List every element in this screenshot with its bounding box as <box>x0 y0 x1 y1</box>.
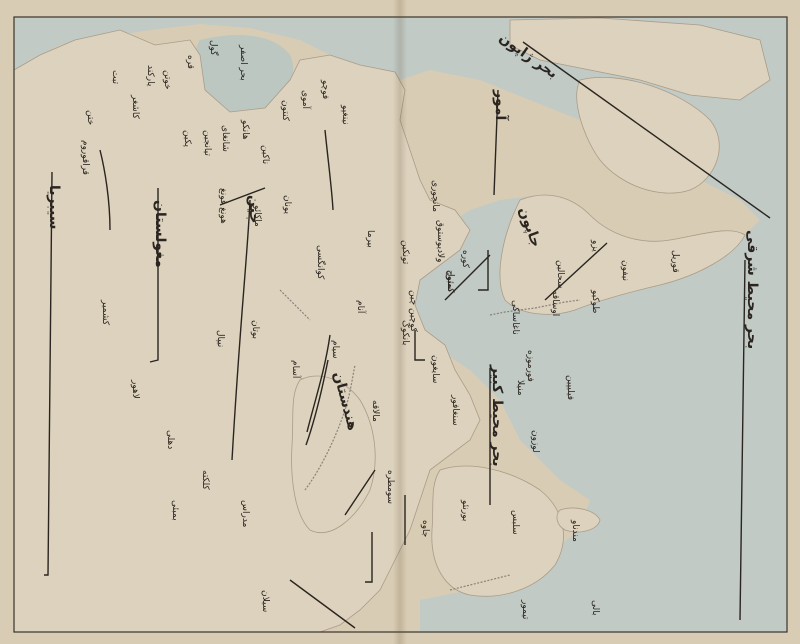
place-label: خوتن <box>162 70 172 90</box>
place-label: بحر اصفر <box>238 45 248 81</box>
place-label: نیفون <box>620 260 630 281</box>
land-philippines <box>432 466 564 596</box>
place-label: سلبس <box>510 510 520 535</box>
label-region-west-1: سیبریا <box>46 185 62 229</box>
place-label: ناغاساکی <box>510 300 520 335</box>
place-label: منیلا <box>515 380 525 396</box>
place-label: سومطره <box>385 470 395 504</box>
place-label: تبت <box>110 70 120 84</box>
place-label: کنتون <box>280 100 290 121</box>
place-label: یونان <box>282 195 292 214</box>
place-label: مدراس <box>240 500 250 527</box>
label-sea-south: بحر محیط کبیر <box>489 365 505 467</box>
place-label: پکین <box>182 130 192 147</box>
place-label: بورنئو <box>460 500 470 521</box>
place-label: سحالین <box>555 260 565 288</box>
place-label: مانچوری <box>430 180 440 212</box>
label-sea-east: بحر محيط شرقی <box>744 230 760 349</box>
place-label: طوکیو <box>590 290 600 313</box>
place-label: ناکین <box>260 145 270 164</box>
place-label: هونغ قونغ <box>218 188 228 224</box>
place-label: هانکو <box>240 120 250 140</box>
place-label: نینغپو <box>340 105 350 125</box>
place-label: قراقوروم <box>80 140 90 175</box>
place-label: گول <box>208 40 218 55</box>
place-label: بیرما <box>365 230 375 248</box>
place-label: جاوه <box>420 520 430 537</box>
place-label: قره <box>185 55 195 69</box>
place-label: کوانگسی <box>315 245 325 279</box>
place-label: بوتان <box>250 320 260 339</box>
place-label: کلکته <box>200 470 210 490</box>
place-label: بمبئی <box>170 500 180 521</box>
place-label: تونکین <box>400 240 410 264</box>
place-label: فورموزه <box>525 350 535 382</box>
place-label: سایغون <box>430 355 440 383</box>
place-label: مندناو <box>570 520 580 542</box>
place-label: ختن <box>85 110 95 125</box>
label-region-kamchatka: آمور <box>492 90 508 120</box>
place-label: فیلیپین <box>565 375 575 400</box>
place-label: یارکند <box>145 65 155 86</box>
place-label: لوزون <box>530 430 540 453</box>
place-label: آنام <box>355 300 365 313</box>
place-label: مالاقه <box>370 400 380 422</box>
place-label: سیام <box>330 340 340 359</box>
place-label: فوچو <box>320 80 330 99</box>
place-label: یزو <box>590 240 600 252</box>
place-label: آموی <box>300 90 310 109</box>
place-label: سنغافور <box>450 395 460 426</box>
place-label: تیمور <box>520 600 530 619</box>
place-label: نیپال <box>215 330 225 347</box>
place-label: بالی <box>590 600 600 616</box>
place-label: سیلان <box>260 590 270 612</box>
place-label: تیانجین <box>202 130 212 156</box>
place-label: سئول <box>445 270 455 291</box>
place-label: ماکائو <box>252 205 262 227</box>
place-label: آسام <box>290 360 300 378</box>
place-label: دهلی <box>165 430 175 449</box>
place-label: کشمیر <box>100 300 110 325</box>
label-region-west-2: مغولستان <box>152 200 168 268</box>
place-label: لاهور <box>130 380 140 399</box>
place-label: بانکوک <box>400 320 410 345</box>
place-label: کوره <box>460 250 470 268</box>
place-label: ولادیوستوق <box>435 220 445 263</box>
place-label: کاشغر <box>130 95 140 119</box>
place-label: شانغای <box>220 125 230 152</box>
place-label: اوساقه <box>550 290 560 316</box>
place-label: قوریل <box>670 250 680 273</box>
